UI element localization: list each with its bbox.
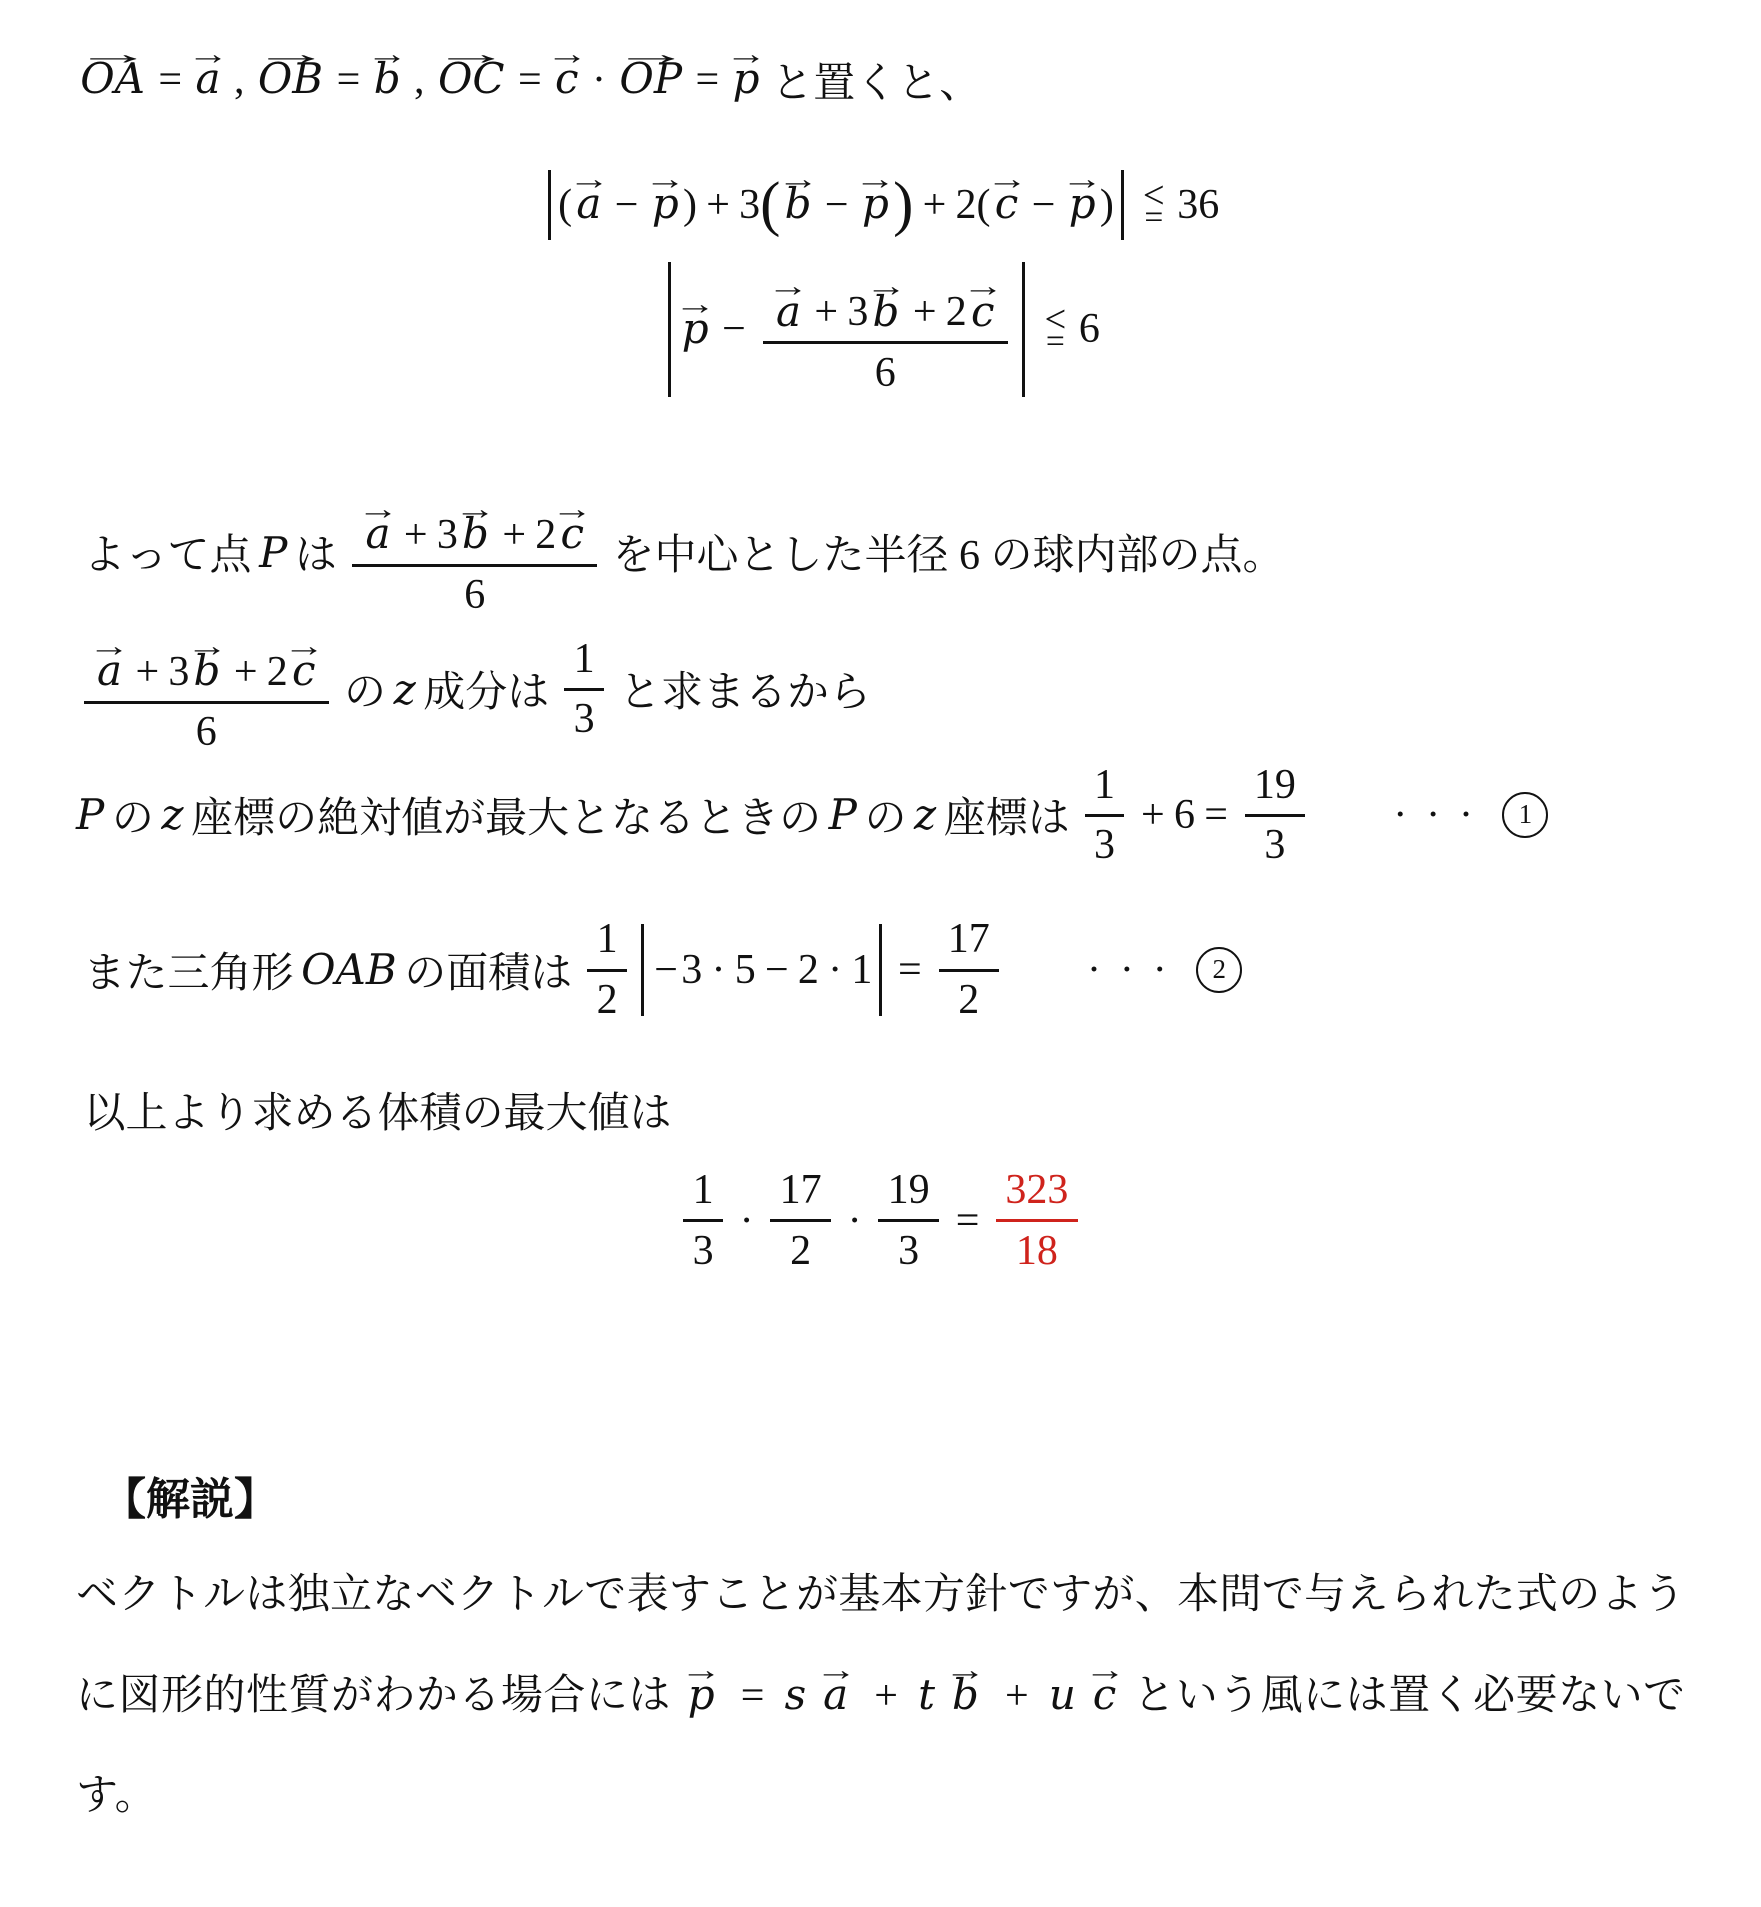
vector-p: →p [652, 182, 679, 227]
big-paren-close: ) [893, 170, 913, 240]
fraction-denominator: 3 [898, 1222, 919, 1274]
math-var-b: b [462, 509, 489, 558]
text-sphere-interior: を中心とした半径 6 の球内部の点。 [613, 522, 1285, 582]
vector-c: →c [292, 649, 316, 694]
abs-bar [1121, 170, 1124, 240]
minus-sign: − [615, 181, 639, 229]
minus-sign: − [1032, 181, 1056, 229]
fraction-numerator: 17 [939, 915, 999, 971]
leq-icon: <= [1044, 307, 1066, 352]
vector-c: →c [1093, 1673, 1117, 1718]
math-var-p: p [682, 304, 709, 353]
plus-sign: + [1005, 1673, 1029, 1719]
text-menseki-wa: の面積は [404, 940, 572, 1000]
text-motomaru: と求まるから [619, 659, 871, 719]
math-var-p: p [733, 54, 760, 103]
number-3: 3 [681, 946, 702, 994]
coefficient-3: 3 [168, 648, 189, 696]
plus-sign: + [1141, 791, 1165, 839]
math-var-b: b [873, 287, 900, 336]
vector-definition-line: →OA = →a , →OB = →b , →OC = →c · →OP = →… [76, 16, 1685, 110]
text-ijo-yori: 以上より求める体積の最大値は [84, 1080, 672, 1140]
fraction-numerator: →a + 3 →b + 2 →c [84, 622, 329, 704]
math-var-s: s [785, 1670, 807, 1719]
vector-a: →a [365, 512, 390, 557]
ellipsis-dots: ··· [1087, 946, 1186, 994]
paren-open: ( [558, 181, 572, 229]
paren-close: ) [683, 181, 697, 229]
fraction-numerator: →a + 3 →b + 2 →c [763, 262, 1008, 344]
fraction-numerator: 1 [587, 915, 626, 971]
math-var-p: p [1069, 179, 1096, 228]
text-no: の [112, 785, 154, 845]
sphere-statement: よって点 P は →a + 3 →b + 2 →c 6 を中心とした半径 6 の… [76, 485, 1685, 620]
coefficient-2: 2 [946, 288, 967, 336]
text-zahyo-wa: 座標は [944, 785, 1070, 845]
result-fraction-red: 323 18 [996, 1166, 1077, 1275]
plus-sign: + [706, 181, 730, 229]
minus-sign: − [825, 181, 849, 229]
vector-b: →b [462, 512, 489, 557]
cdot-sign: · [740, 1197, 754, 1245]
math-solution-document: →OA = →a , →OB = →b , →OC = →c · →OP = →… [0, 0, 1761, 1846]
big-paren-open: ( [760, 170, 780, 240]
circled-number-2: 2 [1196, 947, 1242, 993]
fraction-denominator: 6 [464, 567, 485, 619]
math-var-p: p [688, 1670, 715, 1719]
vector-a: →a [776, 290, 801, 335]
vector-OC: →OC [438, 57, 505, 102]
plus-sign: + [913, 288, 937, 336]
plus-sign: + [135, 648, 159, 696]
equals-sign: = [337, 56, 361, 104]
text-no: の [864, 785, 906, 845]
vector-a: →a [97, 649, 122, 694]
equals-sign: = [696, 56, 720, 104]
fraction-denominator: 2 [597, 972, 618, 1024]
z-component-statement: →a + 3 →b + 2 →c 6 の z 成分は 1 3 と求まるから [76, 622, 1685, 757]
vector-b: →b [785, 182, 812, 227]
math-var-b: b [194, 646, 221, 695]
math-var-c: c [560, 509, 584, 558]
math-var-a: a [365, 509, 390, 558]
vector-b: →b [194, 649, 221, 694]
equation-abs-sum: ( →a − →p ) + 3 ( →b − →p ) + 2 ( →c − →… [76, 142, 1685, 240]
math-var-p: p [652, 179, 679, 228]
fraction-numerator: 1 [683, 1166, 722, 1222]
fraction-19-3: 19 3 [1245, 761, 1305, 870]
coefficient-3: 3 [739, 181, 760, 229]
plus-sign: + [404, 511, 428, 559]
coefficient-2: 2 [535, 511, 556, 559]
math-var-c: c [995, 179, 1019, 228]
math-var-a: a [823, 1670, 848, 1719]
plus-sign: + [502, 511, 526, 559]
fraction-numerator: 1 [1085, 761, 1124, 817]
leq-bottom: = [1144, 209, 1163, 227]
number-1: 1 [851, 946, 872, 994]
math-var-b: b [374, 54, 401, 103]
text-no: の [344, 659, 386, 719]
fraction-denominator: 2 [790, 1222, 811, 1274]
fraction-center: →a + 3 →b + 2 →c 6 [763, 262, 1008, 397]
plus-sign: + [814, 288, 838, 336]
final-volume-equation: 1 3 · 17 2 · 19 3 = 323 18 [76, 1166, 1685, 1275]
math-var-t: t [918, 1670, 935, 1719]
math-var-u: u [1049, 1670, 1076, 1719]
vector-c: →c [560, 512, 584, 557]
vector-b: →b [952, 1673, 979, 1718]
abs-bar [668, 262, 671, 397]
vector-b: →b [374, 57, 401, 102]
math-var-OB: OB [258, 54, 323, 103]
coefficient-2: 2 [956, 181, 977, 229]
equals-sign: = [1204, 791, 1228, 839]
fraction-numerator: 19 [1245, 761, 1305, 817]
fraction-denominator: 3 [693, 1222, 714, 1274]
comma: , [234, 56, 245, 104]
circled-digit: 2 [1212, 954, 1226, 985]
fraction-17-2: 17 2 [770, 1166, 830, 1275]
math-var-a: a [195, 54, 220, 103]
vector-c: →c [971, 290, 995, 335]
vector-p: →p [1069, 182, 1096, 227]
vector-OB: →OB [258, 57, 323, 102]
vector-c: →c [555, 57, 579, 102]
math-var-P: P [829, 790, 857, 839]
cdot-sign: · [712, 946, 726, 994]
fraction-19-3: 19 3 [878, 1166, 938, 1275]
fraction-one-third: 1 3 [564, 635, 603, 744]
equals-sign: = [741, 1673, 765, 1719]
cdot-sign: · [828, 946, 842, 994]
fraction-one-half: 1 2 [587, 915, 626, 1024]
math-var-OA: OA [80, 54, 145, 103]
fraction-numerator: 19 [878, 1166, 938, 1222]
fraction-denominator: 6 [875, 344, 896, 396]
vector-b: →b [873, 290, 900, 335]
minus-sign: − [765, 946, 789, 994]
text-mata-sankakkei: また三角形 [84, 940, 294, 1000]
math-var-z: z [161, 790, 183, 839]
cdot-sign: · [592, 56, 606, 104]
fraction-center: →a + 3 →b + 2 →c 6 [84, 622, 329, 757]
math-var-a: a [776, 287, 801, 336]
fraction-numerator: 1 [564, 635, 603, 691]
math-var-c: c [555, 54, 579, 103]
math-var-b: b [785, 179, 812, 228]
math-var-c: c [971, 287, 995, 336]
circled-digit: 1 [1519, 799, 1533, 830]
math-var-a: a [576, 179, 601, 228]
vector-c: →c [995, 182, 1019, 227]
fraction-numerator: →a + 3 →b + 2 →c [352, 485, 597, 567]
comma: , [414, 56, 425, 104]
vector-a: →a [195, 57, 220, 102]
ellipsis-dots: ··· [1393, 791, 1492, 839]
minus-sign: − [722, 305, 746, 353]
coefficient-3: 3 [847, 288, 868, 336]
vector-a: →a [576, 182, 601, 227]
equals-sign: = [956, 1197, 980, 1245]
conclusion-lead: 以上より求める体積の最大値は [76, 1080, 1685, 1140]
paren-close: ) [1100, 181, 1114, 229]
fraction-denominator: 3 [574, 691, 595, 743]
coefficient-2: 2 [267, 648, 288, 696]
text-wa: は [295, 522, 337, 582]
equals-sign: = [158, 56, 182, 104]
plus-sign: + [874, 1673, 898, 1719]
fraction-center: →a + 3 →b + 2 →c 6 [352, 485, 597, 620]
plus-sign: + [923, 181, 947, 229]
math-var-p: p [862, 179, 889, 228]
fraction-denominator: 3 [1264, 817, 1285, 869]
fraction-17-2: 17 2 [939, 915, 999, 1024]
vector-p: →p [862, 182, 889, 227]
commentary-heading: 【解説】 [76, 1463, 1685, 1527]
minus-sign: − [654, 946, 678, 994]
math-var-c: c [292, 646, 316, 695]
vector-OP: →OP [619, 57, 682, 102]
fraction-one-third: 1 3 [1085, 761, 1124, 870]
text-okuto: と置くと、 [771, 50, 981, 110]
rhs-36: 36 [1177, 181, 1219, 229]
vector-p: →p [682, 307, 709, 352]
math-var-c: c [1093, 1670, 1117, 1719]
math-var-P: P [259, 528, 287, 577]
math-var-P: P [76, 790, 104, 839]
paren-open: ( [977, 181, 991, 229]
abs-bar [1022, 262, 1025, 397]
text-zahyo-max: 座標の絶対値が最大となるときの [191, 785, 821, 845]
coefficient-3: 3 [437, 511, 458, 559]
equals-sign: = [898, 946, 922, 994]
math-var-OC: OC [438, 54, 505, 103]
math-var-OAB: OAB [301, 945, 397, 994]
equation-sphere: →p − →a + 3 →b + 2 →c 6 <= 6 [76, 262, 1685, 397]
abs-bar [548, 170, 551, 240]
number-5: 5 [735, 946, 756, 994]
z-coordinate-statement: P の z 座標の絶対値が最大となるときの P の z 座標は 1 3 + 6 … [76, 761, 1685, 870]
math-var-a: a [97, 646, 122, 695]
math-var-b: b [952, 1670, 979, 1719]
circled-number-1: 1 [1502, 792, 1548, 838]
fraction-numerator: 17 [770, 1166, 830, 1222]
leq-icon: <= [1143, 183, 1165, 228]
rhs-6: 6 [1079, 305, 1100, 353]
triangle-area-statement: また三角形 OAB の面積は 1 2 − 3 · 5 − 2 · 1 = 17 … [76, 915, 1685, 1024]
math-var-z: z [914, 790, 936, 839]
fraction-denominator: 3 [1094, 817, 1115, 869]
text-seibun-wa: 成分は [423, 659, 549, 719]
plus-sign: + [234, 648, 258, 696]
text-yotte-ten: よって点 [84, 522, 252, 582]
vector-p: →p [733, 57, 760, 102]
number-6: 6 [1174, 791, 1195, 839]
math-var-OP: OP [619, 54, 682, 103]
number-2: 2 [798, 946, 819, 994]
math-var-z: z [394, 665, 416, 714]
fraction-one-third: 1 3 [683, 1166, 722, 1275]
abs-bar [641, 924, 644, 1016]
vector-OA: →OA [80, 57, 145, 102]
abs-bar [879, 924, 882, 1016]
fraction-numerator: 323 [996, 1166, 1077, 1222]
vector-a: →a [823, 1673, 848, 1718]
fraction-denominator: 6 [196, 704, 217, 756]
vector-p: →p [688, 1673, 715, 1718]
leq-bottom: = [1046, 333, 1065, 351]
fraction-denominator: 18 [1016, 1222, 1058, 1274]
fraction-denominator: 2 [958, 972, 979, 1024]
commentary-paragraph: ベクトルは独立なベクトルで表すことが基本方針ですが、本問で与えられた式のように図… [76, 1545, 1685, 1846]
equals-sign: = [518, 56, 542, 104]
cdot-sign: · [848, 1197, 862, 1245]
